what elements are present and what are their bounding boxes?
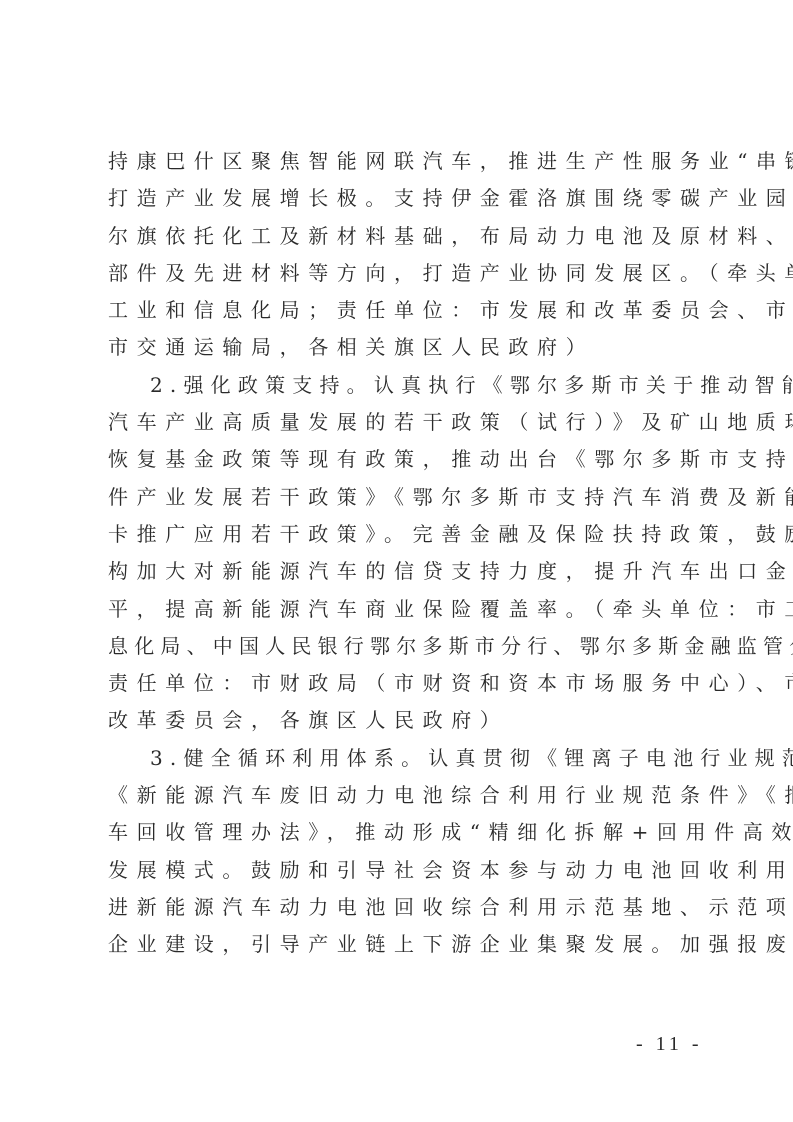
text-line: 企业建设，引导产业链上下游企业集聚发展。加强报废机动车回 bbox=[108, 926, 698, 963]
text-line: 改革委员会，各旗区人民政府） bbox=[108, 702, 698, 739]
text-line: 平，提高新能源汽车商业保险覆盖率。（牵头单位：市工业和信 bbox=[108, 591, 698, 628]
text-line: 市交通运输局，各相关旗区人民政府） bbox=[108, 329, 698, 366]
text-line: 卡推广应用若干政策》。完善金融及保险扶持政策，鼓励金融机 bbox=[108, 516, 698, 553]
text-line: 车回收管理办法》，推动形成“精细化拆解+回用件高效流通” bbox=[108, 814, 698, 851]
text-line: 构加大对新能源汽车的信贷支持力度，提升汽车出口金融服务水 bbox=[108, 553, 698, 590]
text-line: 进新能源汽车动力电池回收综合利用示范基地、示范项目、标杆 bbox=[108, 889, 698, 926]
text-line: 打造产业发展增长极。支持伊金霍洛旗围绕零碳产业园区，准格 bbox=[108, 180, 698, 217]
text-line: 持康巴什区聚焦智能网联汽车，推进生产性服务业“串链成群”， bbox=[108, 143, 698, 180]
text-line: 部件及先进材料等方向，打造产业协同发展区。（牵头单位：市 bbox=[108, 255, 698, 292]
text-line: 恢复基金政策等现有政策，推动出台《鄂尔多斯市支持汽车零部 bbox=[108, 441, 698, 478]
section-heading-line: 3.健全循环利用体系。认真贯彻《锂离子电池行业规范条件》 bbox=[108, 740, 698, 777]
text-line: 工业和信息化局；责任单位：市发展和改革委员会、市商务局、 bbox=[108, 292, 698, 329]
text-line: 息化局、中国人民银行鄂尔多斯市分行、鄂尔多斯金融监管分局； bbox=[108, 628, 698, 665]
text-line: 件产业发展若干政策》《鄂尔多斯市支持汽车消费及新能源重矿 bbox=[108, 479, 698, 516]
document-body: 持康巴什区聚焦智能网联汽车，推进生产性服务业“串链成群”， 打造产业发展增长极。… bbox=[108, 143, 698, 964]
text-line: 责任单位：市财政局（市财资和资本市场服务中心）、市发展和 bbox=[108, 665, 698, 702]
page-number: - 11 - bbox=[636, 1033, 703, 1056]
section-heading-line: 2.强化政策支持。认真执行《鄂尔多斯市关于推动智能网联 bbox=[108, 367, 698, 404]
text-line: 《新能源汽车废旧动力电池综合利用行业规范条件》《报废机动 bbox=[108, 777, 698, 814]
text-line: 发展模式。鼓励和引导社会资本参与动力电池回收利用，加快推 bbox=[108, 852, 698, 889]
text-line: 尔旗依托化工及新材料基础，布局动力电池及原材料、轻量化零 bbox=[108, 218, 698, 255]
text-line: 汽车产业高质量发展的若干政策（试行）》及矿山地质环境治理 bbox=[108, 404, 698, 441]
